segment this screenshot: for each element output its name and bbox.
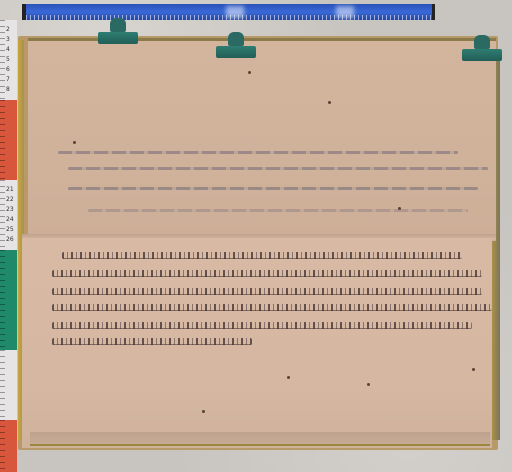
ruler-segment-green: [0, 250, 17, 350]
ink-spot: [287, 376, 290, 379]
manuscript-upper-folio: [28, 38, 496, 241]
ink-spot: [472, 368, 475, 371]
binder-clip-center: [216, 32, 256, 62]
ink-script-line: [52, 288, 482, 295]
ink-spot: [248, 71, 251, 74]
ruler-number: 23: [6, 206, 14, 213]
ruler-number: 5: [6, 56, 10, 63]
ink-spot: [73, 141, 76, 144]
ruler-segment-white: 2 3 4 5 6 7 8: [0, 20, 17, 100]
ruler-segment-white: 21 22 23 24 25 26: [0, 180, 17, 250]
ink-script-line: [52, 270, 482, 277]
top-scale-ruler: [22, 4, 435, 20]
ruler-number: 7: [6, 76, 10, 83]
ink-spot: [367, 383, 370, 386]
ruler-segment-white: [0, 350, 17, 420]
ruler-number: 6: [6, 66, 10, 73]
ink-script-line: [52, 338, 252, 345]
left-scale-ruler: 2 3 4 5 6 7 8 21 22 23 24 25 26: [0, 20, 17, 472]
ruler-number: 25: [6, 226, 14, 233]
ruler-number: 3: [6, 36, 10, 43]
ruler-number: 22: [6, 196, 14, 203]
ink-spot: [328, 101, 331, 104]
ruler-number: 24: [6, 216, 14, 223]
glare: [226, 6, 244, 18]
ink-script-line: [52, 304, 492, 311]
ruler-number: 4: [6, 46, 10, 53]
manuscript-lower-folio: [22, 238, 492, 448]
ink-spot: [202, 410, 205, 413]
ink-script-line: [52, 322, 472, 329]
ruler-number: 26: [6, 236, 14, 243]
ink-spot: [398, 207, 401, 210]
ruler-number: 2: [6, 26, 10, 33]
faint-script-line: [68, 187, 478, 190]
ink-script-line: [62, 252, 462, 259]
faint-script-line: [58, 151, 458, 154]
faint-script-line: [88, 209, 468, 212]
binder-clip-left: [98, 18, 138, 48]
ruler-segment-red: [0, 420, 17, 472]
ruler-number: 21: [6, 186, 14, 193]
manuscript-bottom-edge: [30, 432, 490, 446]
faint-script-line: [68, 167, 488, 170]
binder-clip-right: [462, 35, 502, 65]
ruler-number: 8: [6, 86, 10, 93]
glare: [336, 6, 354, 18]
